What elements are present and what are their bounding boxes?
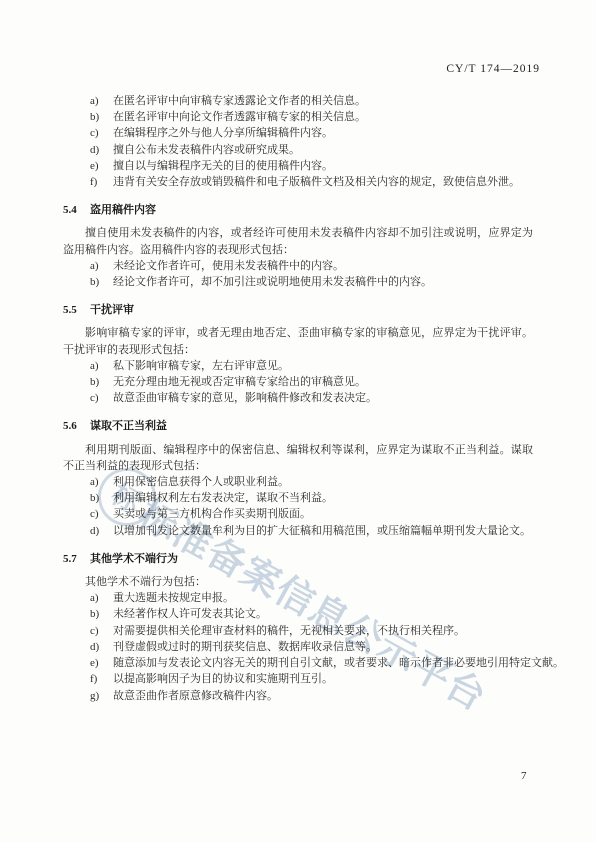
list-item-text: 无充分理由地无视或否定审稿专家给出的审稿意见。: [113, 374, 366, 390]
list-item: f) 违背有关安全存放或销毁稿件和电子版稿件文档及相关内容的规定，致使信息外泄。: [90, 174, 533, 190]
list-item-label: g): [90, 688, 113, 704]
list-item-label: c): [90, 506, 113, 522]
list-item: g) 故意歪曲作者原意修改稿件内容。: [90, 688, 533, 704]
list-item-label: b): [90, 274, 113, 290]
list-item-label: b): [90, 109, 113, 125]
section-number: 5.4: [63, 202, 90, 218]
list-item: e) 随意添加与发表论文内容无关的期刊自引文献，或者要求、暗示作者非必要地引用特…: [90, 655, 533, 671]
list-item: b) 无充分理由地无视或否定审稿专家给出的审稿意见。: [90, 374, 533, 390]
section-list: a) 重大选题未按规定申报。 b) 未经著作权人许可发表其论文。 c) 对需要提…: [90, 590, 533, 703]
list-item-label: a): [90, 358, 113, 374]
list-item-text: 未经论文作者许可，使用未发表稿件中的内容。: [113, 258, 344, 274]
list-item-text: 利用编辑权利左右发表决定，谋取不当利益。: [113, 490, 333, 506]
section-title: 盗用稿件内容: [90, 204, 156, 216]
list-item-label: e): [90, 158, 113, 174]
list-item-label: c): [90, 390, 113, 406]
section-paragraph: 擅自使用未发表稿件的内容，或者经许可使用未发表稿件内容却不加引注或说明，应界定为…: [63, 225, 533, 257]
section-number: 5.7: [63, 551, 90, 567]
list-item: a) 利用保密信息获得个人或职业利益。: [90, 474, 533, 490]
section-list: a) 利用保密信息获得个人或职业利益。 b) 利用编辑权利左右发表决定，谋取不当…: [90, 474, 533, 539]
list-item: d) 擅自公布未发表稿件内容或研究成果。: [90, 142, 533, 158]
list-item: a) 私下影响审稿专家，左右评审意见。: [90, 358, 533, 374]
section-title: 其他学术不端行为: [90, 553, 178, 565]
list-item-text: 随意添加与发表论文内容无关的期刊自引文献，或者要求、暗示作者非必要地引用特定文献…: [113, 655, 564, 671]
list-item-text: 故意歪曲作者原意修改稿件内容。: [113, 688, 278, 704]
section-list: a) 未经论文作者许可，使用未发表稿件中的内容。 b) 经论文作者许可，却不加引…: [90, 258, 533, 290]
list-item: d) 刊登虚假或过时的期刊获奖信息、数据库收录信息等。: [90, 639, 533, 655]
list-item: a) 未经论文作者许可，使用未发表稿件中的内容。: [90, 258, 533, 274]
list-item-text: 在匿名评审中向审稿专家透露论文作者的相关信息。: [113, 93, 366, 109]
list-item-label: a): [90, 590, 113, 606]
section-list: a) 私下影响审稿专家，左右评审意见。 b) 无充分理由地无视或否定审稿专家给出…: [90, 358, 533, 407]
section-5-6: 5.6谋取不正当利益 利用期刊版面、编辑程序中的保密信息、编辑权利等谋利，应界定…: [63, 418, 533, 538]
list-item: b) 经论文作者许可，却不加引注或说明地使用未发表稿件中的内容。: [90, 274, 533, 290]
list-item-label: a): [90, 474, 113, 490]
list-item-text: 利用保密信息获得个人或职业利益。: [113, 474, 289, 490]
list-item-text: 以增加刊发论文数量牟利为目的扩大征稿和用稿范围，或压缩篇幅单期刊发大量论文。: [113, 523, 531, 539]
list-item: c) 故意歪曲审稿专家的意见，影响稿件修改和发表决定。: [90, 390, 533, 406]
list-item-label: a): [90, 258, 113, 274]
list-item-text: 买卖或与第三方机构合作买卖期刊版面。: [113, 506, 311, 522]
list-item-text: 以提高影响因子为目的协议和实施期刊互引。: [113, 671, 333, 687]
list-item-label: f): [90, 671, 113, 687]
page-content: a) 在匿名评审中向审稿专家透露论文作者的相关信息。 b) 在匿名评审中向论文作…: [63, 93, 533, 704]
list-item: f) 以提高影响因子为目的协议和实施期刊互引。: [90, 671, 533, 687]
list-item-label: f): [90, 174, 113, 190]
section-heading: 5.4盗用稿件内容: [63, 202, 533, 218]
list-item-text: 经论文作者许可，却不加引注或说明地使用未发表稿件中的内容。: [113, 274, 432, 290]
list-item: c) 在编辑程序之外与他人分享所编辑稿件内容。: [90, 125, 533, 141]
list-item-text: 私下影响审稿专家，左右评审意见。: [113, 358, 289, 374]
document-page: 标 标准备案信息公示平台 CY/T 174—2019 a) 在匿名评审中向审稿专…: [0, 0, 596, 842]
lead-list: a) 在匿名评审中向审稿专家透露论文作者的相关信息。 b) 在匿名评审中向论文作…: [90, 93, 533, 190]
list-item: a) 在匿名评审中向审稿专家透露论文作者的相关信息。: [90, 93, 533, 109]
list-item: a) 重大选题未按规定申报。: [90, 590, 533, 606]
section-title: 干扰评审: [90, 304, 134, 316]
list-item-label: b): [90, 606, 113, 622]
list-item-text: 故意歪曲审稿专家的意见，影响稿件修改和发表决定。: [113, 390, 377, 406]
page-number: 7: [521, 770, 527, 782]
section-5-4: 5.4盗用稿件内容 擅自使用未发表稿件的内容，或者经许可使用未发表稿件内容却不加…: [63, 202, 533, 290]
list-item: b) 未经著作权人许可发表其论文。: [90, 606, 533, 622]
list-item-text: 对需要提供相关伦理审查材料的稿件，无视相关要求，不执行相关程序。: [113, 623, 465, 639]
section-5-5: 5.5干扰评审 影响审稿专家的评审，或者无理由地否定、歪曲审稿专家的审稿意见，应…: [63, 302, 533, 406]
list-item-text: 在匿名评审中向论文作者透露审稿专家的相关信息。: [113, 109, 366, 125]
list-item: e) 擅自以与编辑程序无关的目的使用稿件内容。: [90, 158, 533, 174]
doc-code-header: CY/T 174—2019: [446, 63, 540, 75]
section-heading: 5.7其他学术不端行为: [63, 551, 533, 567]
section-heading: 5.5干扰评审: [63, 302, 533, 318]
section-number: 5.5: [63, 302, 90, 318]
list-item-text: 刊登虚假或过时的期刊获奖信息、数据库收录信息等。: [113, 639, 377, 655]
section-paragraph: 影响审稿专家的评审，或者无理由地否定、歪曲审稿专家的审稿意见，应界定为干扰评审。…: [63, 325, 533, 357]
section-5-7: 5.7其他学术不端行为 其他学术不端行为包括： a) 重大选题未按规定申报。 b…: [63, 551, 533, 704]
list-item-text: 违背有关安全存放或销毁稿件和电子版稿件文档及相关内容的规定，致使信息外泄。: [113, 174, 520, 190]
list-item-label: b): [90, 490, 113, 506]
section-paragraph: 利用期刊版面、编辑程序中的保密信息、编辑权利等谋利，应界定为谋取不正当利益。谋取…: [63, 442, 533, 474]
list-item-label: e): [90, 655, 113, 671]
list-item-label: b): [90, 374, 113, 390]
section-paragraph: 其他学术不端行为包括：: [63, 574, 533, 590]
list-item-label: a): [90, 93, 113, 109]
list-item: d) 以增加刊发论文数量牟利为目的扩大征稿和用稿范围，或压缩篇幅单期刊发大量论文…: [90, 523, 533, 539]
section-number: 5.6: [63, 418, 90, 434]
list-item-text: 重大选题未按规定申报。: [113, 590, 234, 606]
list-item-text: 擅自以与编辑程序无关的目的使用稿件内容。: [113, 158, 333, 174]
list-item-label: c): [90, 125, 113, 141]
list-item-label: c): [90, 623, 113, 639]
list-item: b) 利用编辑权利左右发表决定，谋取不当利益。: [90, 490, 533, 506]
list-item-label: d): [90, 523, 113, 539]
list-item-text: 擅自公布未发表稿件内容或研究成果。: [113, 142, 300, 158]
section-title: 谋取不正当利益: [90, 420, 167, 432]
list-item-label: d): [90, 639, 113, 655]
list-item-label: d): [90, 142, 113, 158]
list-item: b) 在匿名评审中向论文作者透露审稿专家的相关信息。: [90, 109, 533, 125]
list-item-text: 在编辑程序之外与他人分享所编辑稿件内容。: [113, 125, 333, 141]
section-heading: 5.6谋取不正当利益: [63, 418, 533, 434]
list-item: c) 对需要提供相关伦理审查材料的稿件，无视相关要求，不执行相关程序。: [90, 623, 533, 639]
list-item: c) 买卖或与第三方机构合作买卖期刊版面。: [90, 506, 533, 522]
list-item-text: 未经著作权人许可发表其论文。: [113, 606, 267, 622]
